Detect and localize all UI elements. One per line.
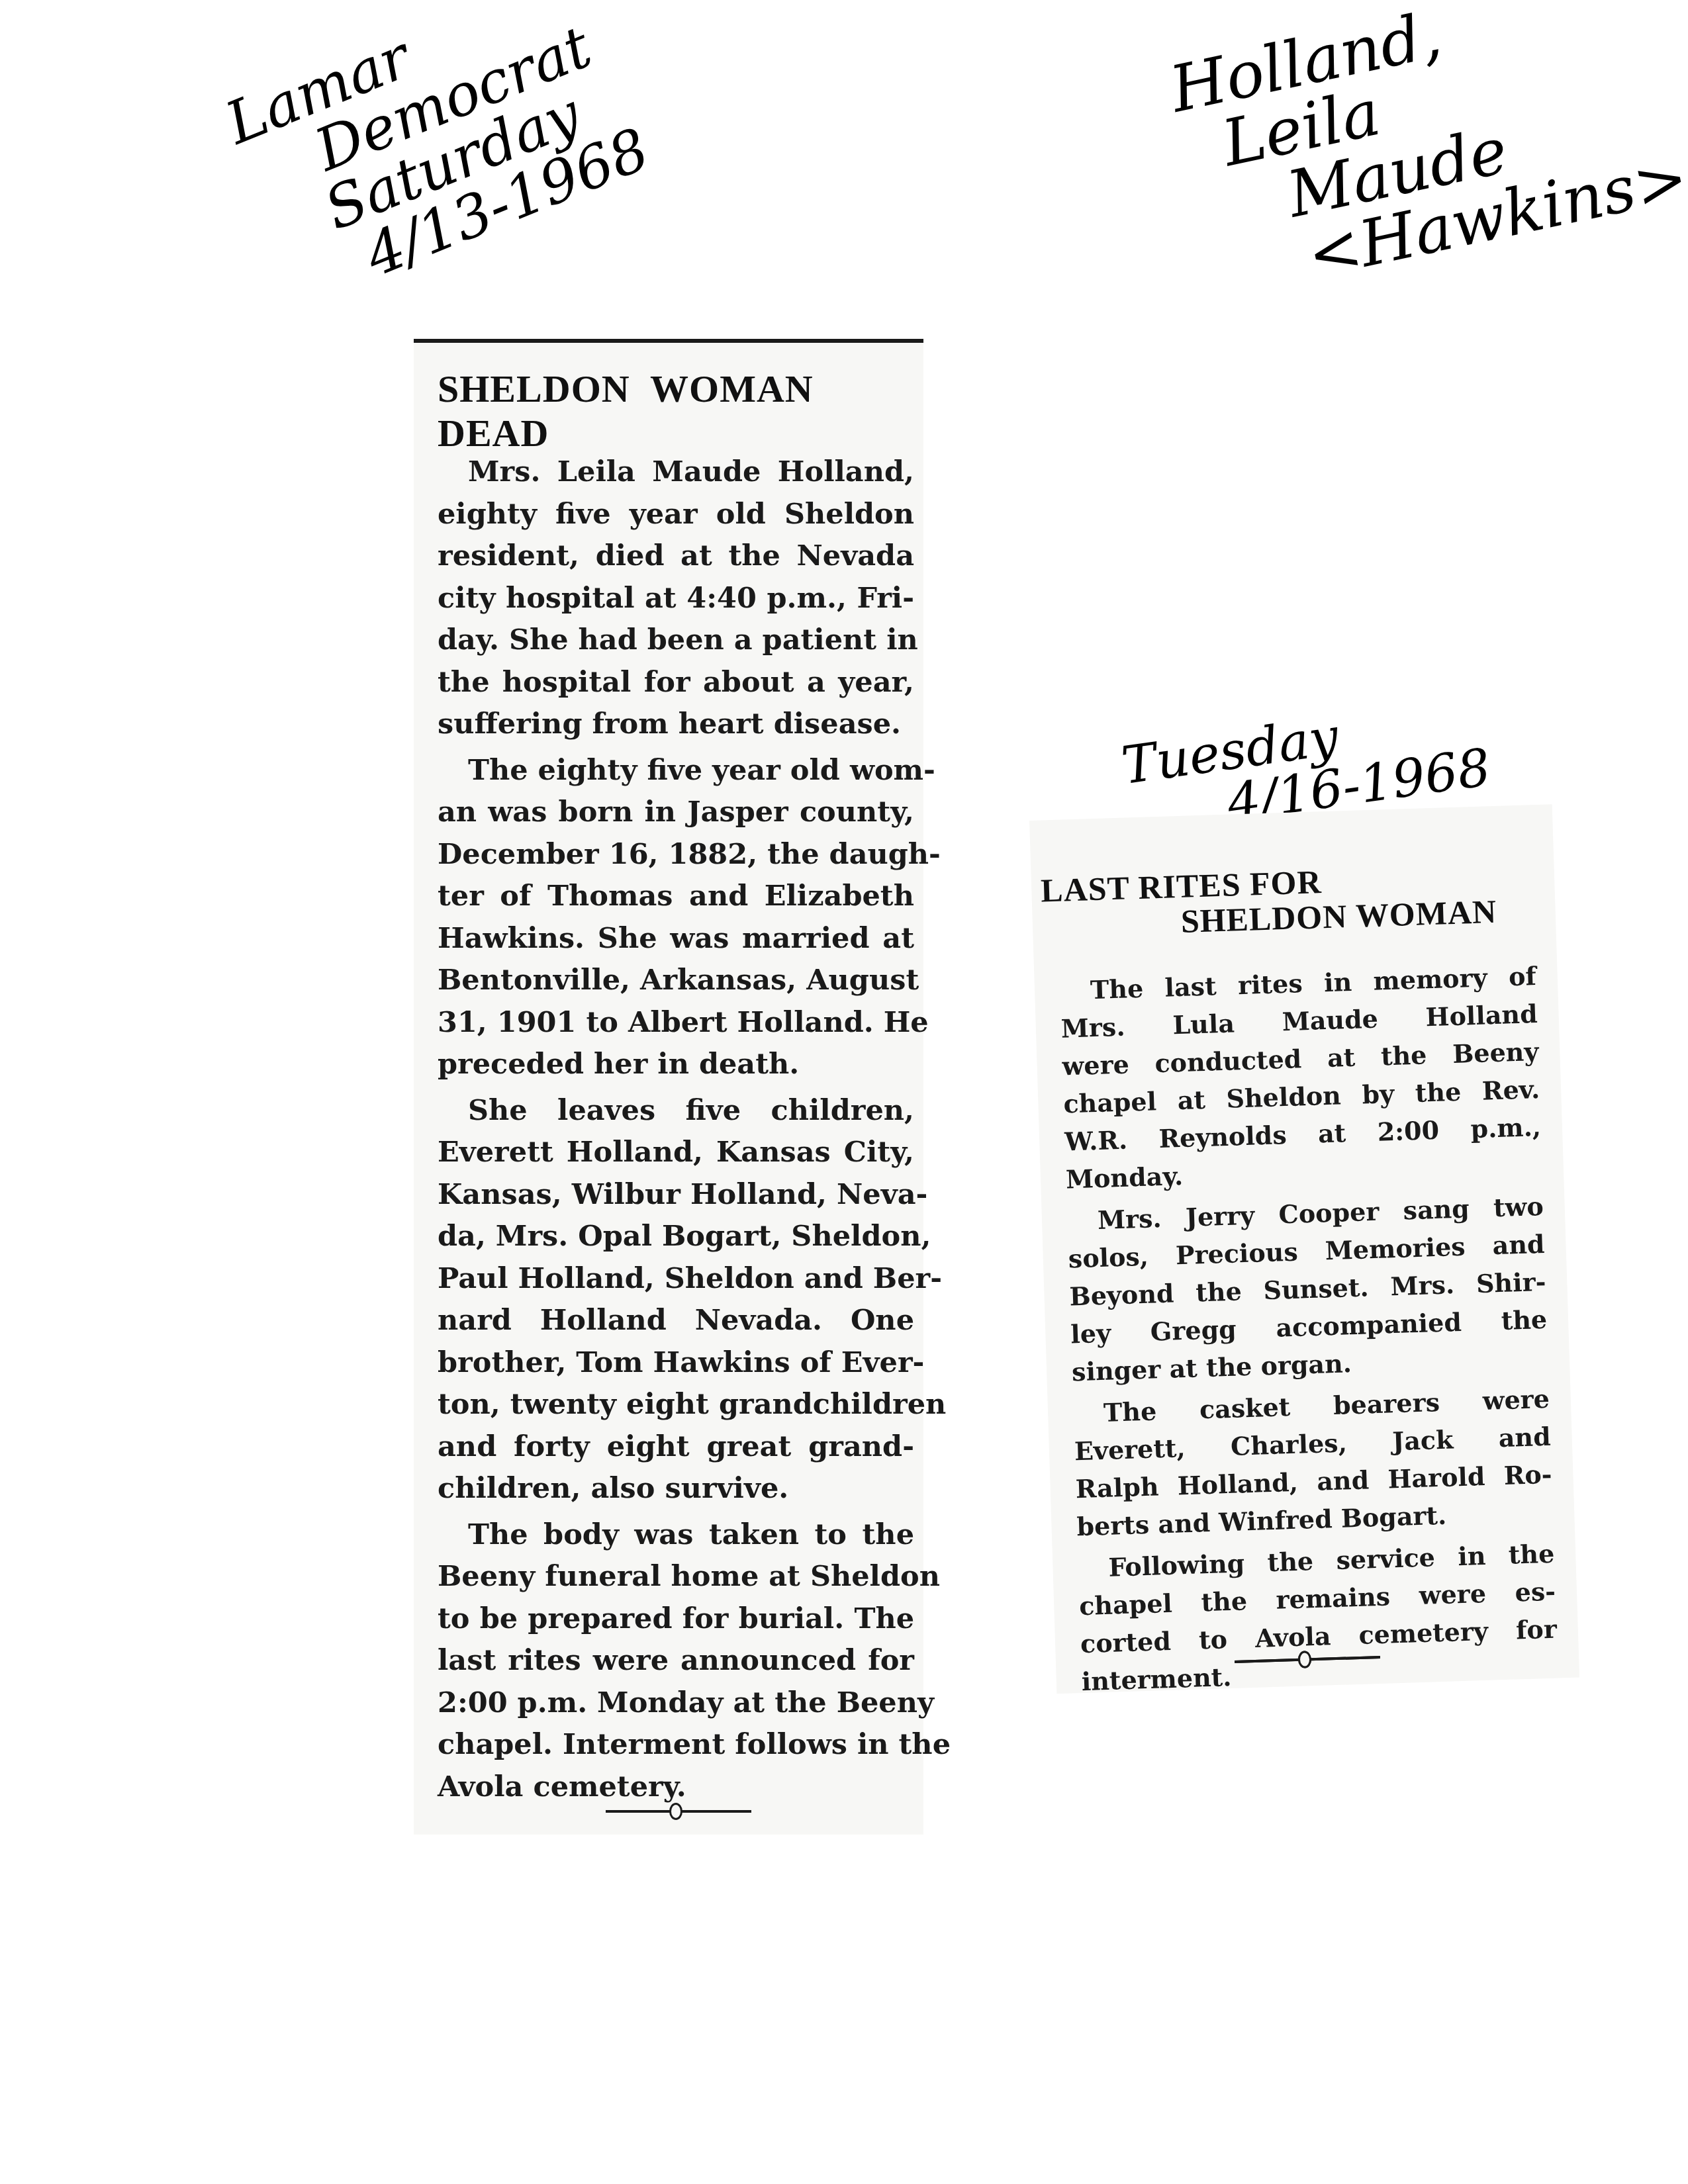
text-line: and forty eight great grand- — [438, 1426, 914, 1469]
text-line: day. She had been a patient in — [438, 619, 914, 662]
text-line: The body was taken to the — [438, 1514, 914, 1557]
text-line: Everett Holland, Kansas City, — [438, 1132, 914, 1174]
text-line: nard Holland Nevada. One — [438, 1300, 914, 1342]
text-line: 2:00 p.m. Monday at the Beeny — [438, 1682, 914, 1725]
text-line: brother, Tom Hawkins of Ever- — [438, 1342, 914, 1385]
text-line: Mrs. Leila Maude Holland, — [438, 451, 914, 494]
text-line: Hawkins. She was married at — [438, 918, 914, 960]
clipping-headline: SHELDON WOMAN DEAD — [438, 367, 923, 455]
text-line: Paul Holland, Sheldon and Ber- — [438, 1258, 914, 1300]
text-line: eighty five year old Sheldon — [438, 494, 914, 536]
end-mark-icon — [606, 1801, 751, 1821]
text-line: December 16, 1882, the daugh- — [438, 834, 914, 876]
text-line: an was born in Jasper county, — [438, 792, 914, 834]
text-line: city hospital at 4:40 p.m., Fri- — [438, 578, 914, 620]
text-line: ter of Thomas and Elizabeth — [438, 876, 914, 918]
text-line: da, Mrs. Opal Bogart, Sheldon, — [438, 1216, 914, 1258]
text-line: Bentonville, Arkansas, August — [438, 960, 914, 1002]
text-line: Kansas, Wilbur Holland, Neva- — [438, 1174, 914, 1216]
obituary-clipping: SHELDON WOMAN DEAD Mrs. Leila Maude Holl… — [414, 339, 923, 1835]
clipping-body: Mrs. Leila Maude Holland,eighty five yea… — [438, 451, 914, 1808]
text-line: preceded her in death. — [438, 1044, 914, 1086]
text-line: She leaves five children, — [438, 1090, 914, 1132]
text-line: 31, 1901 to Albert Holland. He — [438, 1002, 914, 1044]
text-line: The eighty five year old wom- — [438, 750, 914, 792]
text-line: the hospital for about a year, — [438, 662, 914, 704]
last-rites-clipping: LAST RITES FOR SHELDON WOMAN The last ri… — [1029, 804, 1579, 1694]
text-line: resident, died at the Nevada — [438, 535, 914, 578]
handwritten-name-note: Holland, Leila Maude <Hawkins> — [1165, 0, 1688, 308]
text-line: children, also survive. — [438, 1468, 914, 1510]
text-line: to be prepared for burial. The — [438, 1598, 914, 1641]
clipping-headline: LAST RITES FOR SHELDON WOMAN — [1041, 859, 1497, 943]
clipping-body: The last rites in memory ofMrs. Lula Mau… — [1059, 957, 1558, 1700]
text-line: chapel. Interment follows in the — [438, 1724, 914, 1766]
text-line: suffering from heart disease. — [438, 704, 914, 746]
text-line: Beeny funeral home at Sheldon — [438, 1556, 914, 1598]
handwritten-source-note: Lamar Democrat Saturday 4/13-1968 — [218, 0, 657, 315]
text-line: last rites were announced for — [438, 1640, 914, 1682]
text-line: ton, twenty eight grandchildren — [438, 1384, 914, 1426]
column-rule — [414, 339, 923, 343]
